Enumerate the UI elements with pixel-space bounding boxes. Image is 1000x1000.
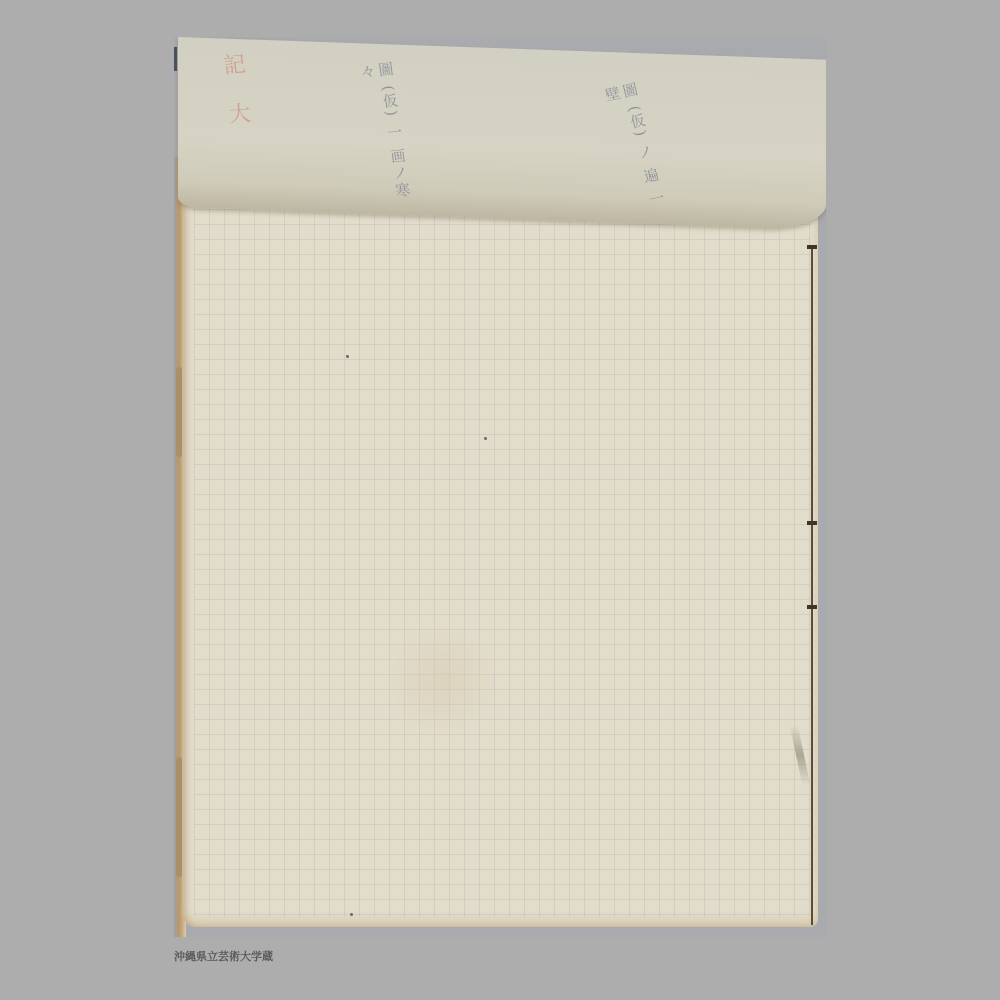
collection-caption: 沖縄県立芸術大学蔵 [174, 948, 273, 964]
binding-stitch [807, 521, 817, 525]
pencil-notes-center: 圖 (仮) 一 画ノ寒 々 [358, 61, 415, 216]
ink-speck [350, 913, 353, 916]
graph-paper-page [182, 165, 818, 927]
binding-stitch [807, 245, 817, 249]
binding-stitch [807, 605, 817, 609]
image-viewer: 記 大 圖 (仮) 一 画ノ寒 々 圖 (仮) ノ 遍 一 壁 沖縄県立芸術大学… [0, 0, 1000, 1000]
red-stamp-mark: 記 大 [216, 52, 255, 135]
ink-speck [346, 355, 349, 358]
page-right-edge [811, 245, 813, 925]
scan-edge-mark [174, 47, 177, 71]
notebook-scan: 記 大 圖 (仮) 一 画ノ寒 々 圖 (仮) ノ 遍 一 壁 [174, 37, 826, 937]
paper-stain [382, 625, 502, 735]
curled-facing-page: 記 大 圖 (仮) 一 画ノ寒 々 圖 (仮) ノ 遍 一 壁 [178, 37, 826, 230]
ink-speck [484, 437, 487, 440]
pencil-notes-right: 圖 (仮) ノ 遍 一 壁 [602, 81, 671, 226]
graph-grid [194, 179, 810, 917]
